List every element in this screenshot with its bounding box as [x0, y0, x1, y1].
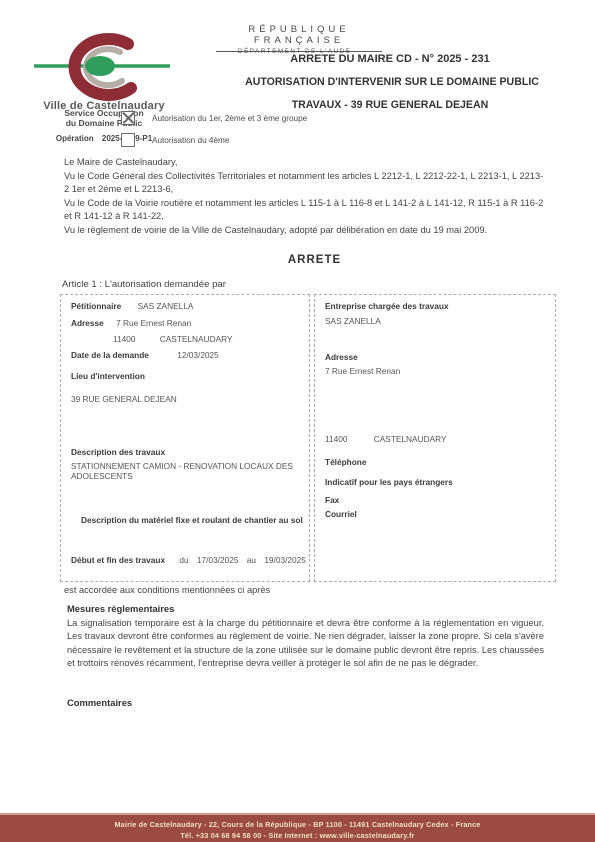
petitionnaire-label: Pétitionnaire: [71, 301, 121, 311]
footer-address-line: Mairie de Castelnaudary - 22, Cours de l…: [0, 820, 595, 829]
indicatif-label: Indicatif pour les pays étrangers: [325, 477, 453, 487]
entreprise-code-postal: 11400: [325, 434, 347, 444]
preamble-line-1: Le Maire de Castelnaudary,: [64, 156, 548, 170]
debut-fin-row: Début et fin des travaux du 17/03/2025 a…: [71, 555, 306, 565]
commentaires-heading: Commentaires: [67, 697, 132, 708]
debut-fin-label: Début et fin des travaux: [71, 555, 165, 565]
castelnaudary-logo-icon: [32, 32, 172, 104]
checkbox-group-1-2-3[interactable]: [121, 111, 135, 125]
adresse-value: 7 Rue Ernest Renan: [116, 318, 191, 328]
ville: CASTELNAUDARY: [160, 334, 233, 344]
checkbox-group-4-label: Autorisation du 4ème: [152, 136, 229, 145]
adresse-label: Adresse: [71, 318, 104, 328]
footer-band: Mairie de Castelnaudary - 22, Cours de l…: [0, 813, 595, 842]
telephone-label: Téléphone: [325, 457, 367, 467]
footer-contact-line: Tél. +33 04 68 94 58 00 - Site Internet …: [0, 831, 595, 840]
petitioner-form-box: Pétitionnaire SAS ZANELLA Adresse 7 Rue …: [60, 294, 310, 582]
cp-ville-row: 11400 CASTELNAUDARY: [113, 334, 232, 344]
city-logo-block: Ville de Castelnaudary Service Occupatio…: [24, 30, 184, 145]
preamble-line-3: Vu le Code de la Voirie routière et nota…: [64, 197, 548, 224]
operation-label: Opération: [56, 134, 94, 143]
mesures-body: La signalisation temporaire est à la cha…: [67, 617, 544, 671]
arrete-number-title: ARRETE DU MAIRE CD - N° 2025 - 231: [230, 53, 550, 65]
lieu-intervention-value: 39 RUE GENERAL DEJEAN: [71, 394, 177, 404]
preamble-text: Le Maire de Castelnaudary, Vu le Code Gé…: [64, 156, 548, 238]
date-demande-value: 12/03/2025: [177, 350, 219, 360]
lieu-intervention-label: Lieu d'intervention: [71, 371, 145, 381]
entreprise-cp-ville-row: 11400 CASTELNAUDARY: [325, 434, 446, 444]
preamble-line-2: Vu le Code Général des Collectivités Ter…: [64, 170, 548, 197]
checkbox-group-4[interactable]: [121, 133, 135, 147]
du-label: du: [179, 555, 188, 565]
au-label: au: [247, 555, 256, 565]
code-postal: 11400: [113, 334, 135, 344]
entreprise-adresse-value: 7 Rue Ernest Renan: [325, 366, 400, 376]
arrete-heading: ARRETE: [62, 254, 567, 266]
description-travaux-label: Description des travaux: [71, 447, 165, 457]
description-materiel-label: Description du matériel fixe et roulant …: [81, 515, 303, 525]
article-1-heading: Article 1 : L'autorisation demandée par: [62, 279, 226, 290]
conditions-text: est accordée aux conditions mentionnées …: [64, 585, 270, 595]
adresse-row: Adresse 7 Rue Ernest Renan: [71, 318, 191, 328]
travaux-title: TRAVAUX - 39 RUE GENERAL DEJEAN: [230, 99, 550, 111]
petitionnaire-value: SAS ZANELLA: [138, 301, 194, 311]
entreprise-value: SAS ZANELLA: [325, 316, 381, 326]
fax-label: Fax: [325, 495, 339, 505]
authorization-title: AUTORISATION D'INTERVENIR SUR LE DOMAINE…: [192, 76, 592, 88]
date-debut-value: 17/03/2025: [197, 555, 239, 565]
courriel-label: Courriel: [325, 509, 357, 519]
preamble-line-4: Vu le règlement de voirie de la Ville de…: [64, 224, 548, 238]
entreprise-label: Entreprise chargée des travaux: [325, 301, 449, 311]
entreprise-ville: CASTELNAUDARY: [374, 434, 447, 444]
entreprise-adresse-label: Adresse: [325, 352, 358, 362]
document-page: Ville de Castelnaudary Service Occupatio…: [0, 0, 595, 842]
date-fin-value: 19/03/2025: [264, 555, 306, 565]
date-demande-label: Date de la demande: [71, 350, 149, 360]
petitionnaire-row: Pétitionnaire SAS ZANELLA: [71, 301, 193, 311]
description-travaux-value: STATIONNEMENT CAMION - RENOVATION LOCAUX…: [71, 461, 303, 481]
contractor-form-box: Entreprise chargée des travaux SAS ZANEL…: [314, 294, 556, 582]
checkbox-group-1-2-3-label: Autorisation du 1er, 2ème et 3 ème group…: [152, 114, 307, 123]
date-demande-row: Date de la demande 12/03/2025: [71, 350, 219, 360]
mesures-heading: Mesures règlementaires: [67, 603, 174, 614]
